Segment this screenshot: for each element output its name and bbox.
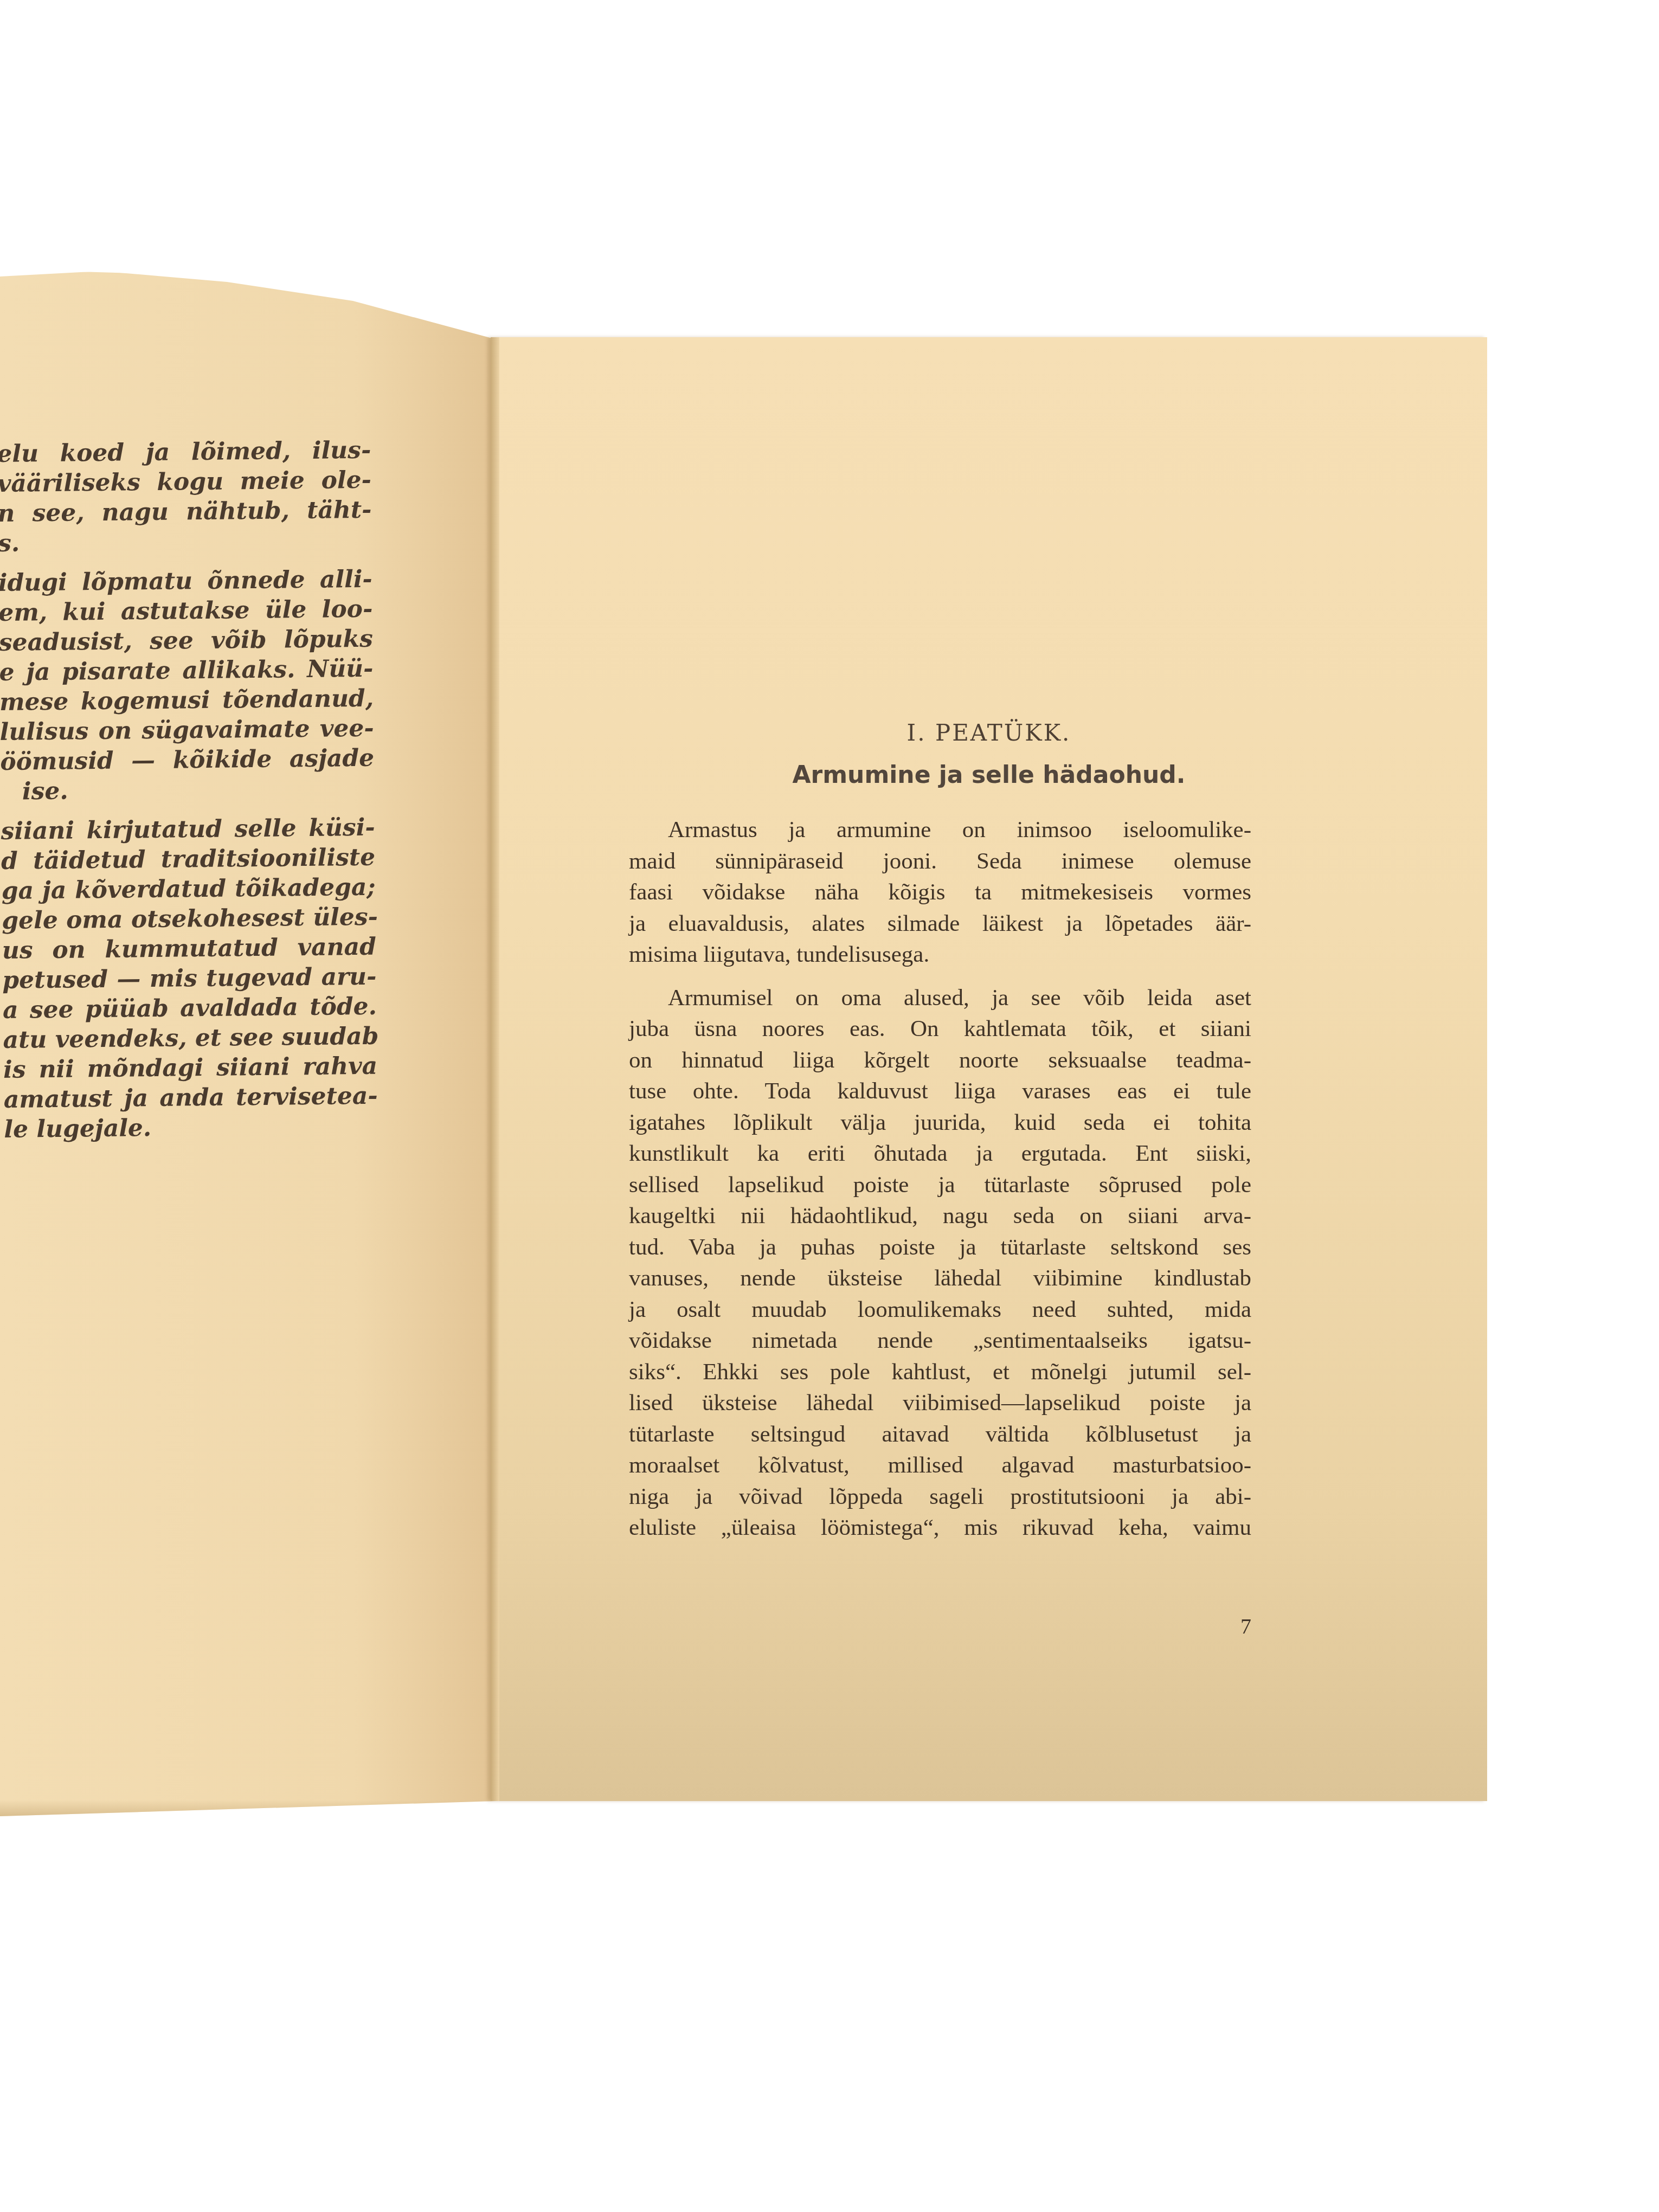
text-line: ja osalt muudab loomulikemaks need suhte… xyxy=(629,1294,1251,1326)
text-line: e ja pisarate allikaks. Nüü- xyxy=(0,654,374,687)
text-line: Armastus ja armumine on inimsoo iseloomu… xyxy=(629,814,1251,846)
text-line: niga ja võivad lõppeda sageli prostituts… xyxy=(629,1481,1251,1513)
text-line: seadusist, see võib lõpuks xyxy=(0,624,373,658)
left-page: elu koed ja lõimed, ilus- vääriliseks ko… xyxy=(0,271,504,1816)
chapter-title: Armumine ja selle hädaohud. xyxy=(491,761,1487,789)
text-line: võidakse nimetada nende „sentimentaalsei… xyxy=(629,1325,1251,1356)
text-line: atu veendeks, et see suudab xyxy=(3,1021,377,1055)
text-line: elu koed ja lõimed, ilus- xyxy=(0,435,371,469)
text-line: us on kummutatud vanad xyxy=(2,932,377,966)
text-line: kaugeltki nii hädaohtlikud, nagu seda on… xyxy=(629,1200,1251,1232)
text-line: vääriliseks kogu meie ole- xyxy=(0,465,371,499)
text-line: mese kogemusi tõendanud, xyxy=(0,684,374,717)
text-line: petused — mis tugevad aru- xyxy=(2,962,377,995)
text-line: tuse ohte. Toda kalduvust liiga varases … xyxy=(629,1076,1251,1107)
page-number: 7 xyxy=(1240,1613,1251,1639)
text-line: lulisus on sügavaimate vee- xyxy=(0,713,374,747)
text-line: moraalset kõlvatust, millised algavad ma… xyxy=(629,1450,1251,1481)
text-line: amatust ja anda tervisetea- xyxy=(3,1081,378,1115)
text-line: n see, nagu nähtub, täht- xyxy=(0,495,372,529)
text-line: juba üsna noores eas. On kahtlemata tõik… xyxy=(629,1013,1251,1045)
text-line: ise. xyxy=(1,773,375,807)
text-line: on hinnatud liiga kõrgelt noorte seksuaa… xyxy=(629,1045,1251,1076)
paragraph-gap xyxy=(629,970,1251,982)
text-line: öömusid — kõikide asjade xyxy=(0,743,374,777)
text-line: maid sünnipäraseid jooni. Seda inimese o… xyxy=(629,846,1251,877)
text-line: siiani kirjutatud selle küsi- xyxy=(1,813,375,846)
text-line: ga ja kõverdatud tõikadega; xyxy=(1,872,376,906)
text-line: vanuses, nende üksteise lähedal viibimin… xyxy=(629,1263,1251,1294)
left-page-text: elu koed ja lõimed, ilus- vääriliseks ko… xyxy=(0,435,378,1144)
text-line: tud. Vaba ja puhas poiste ja tütarlaste … xyxy=(629,1232,1251,1263)
text-line: a see püüab avaldada tõde. xyxy=(3,992,377,1025)
text-line: siks“. Ehkki ses pole kahtlust, et mõnel… xyxy=(629,1356,1251,1388)
text-line: faasi võidakse näha kõigis ta mitmekesis… xyxy=(629,877,1251,908)
text-line: igatahes lõplikult välja juurida, kuid s… xyxy=(629,1107,1251,1139)
text-line: eluliste „üleaisa löömistega“, mis rikuv… xyxy=(629,1512,1251,1544)
text-line: is nii mõndagi siiani rahva xyxy=(3,1051,378,1085)
right-page-text: Armastus ja armumine on inimsoo iseloomu… xyxy=(629,814,1251,1544)
chapter-label: I. PEATÜKK. xyxy=(491,719,1487,746)
text-line: d täidetud traditsiooniliste xyxy=(1,843,376,876)
text-line: s. xyxy=(0,525,372,558)
text-line: ja eluavaldusis, alates silmade läikest … xyxy=(629,908,1251,940)
right-page: I. PEATÜKK. Armumine ja selle hädaohud. … xyxy=(491,337,1487,1801)
text-line: misima liigutava, tundelisusega. xyxy=(629,939,1251,970)
text-line: sellised lapselikud poiste ja tütarlaste… xyxy=(629,1169,1251,1201)
text-line: em, kui astutakse üle loo- xyxy=(0,594,373,628)
text-line: lised üksteise lähedal viibimised—lapsel… xyxy=(629,1387,1251,1419)
text-line: idugi lõpmatu õnnede alli- xyxy=(0,564,372,598)
text-line: tütarlaste seltsingud aitavad vältida kõ… xyxy=(629,1419,1251,1450)
text-line: gele oma otsekohesest üles- xyxy=(2,902,376,936)
text-line: le lugejale. xyxy=(4,1111,378,1144)
text-line: Armumisel on oma alused, ja see võib lei… xyxy=(629,982,1251,1014)
text-line: kunstlikult ka eriti õhutada ja ergutada… xyxy=(629,1138,1251,1169)
